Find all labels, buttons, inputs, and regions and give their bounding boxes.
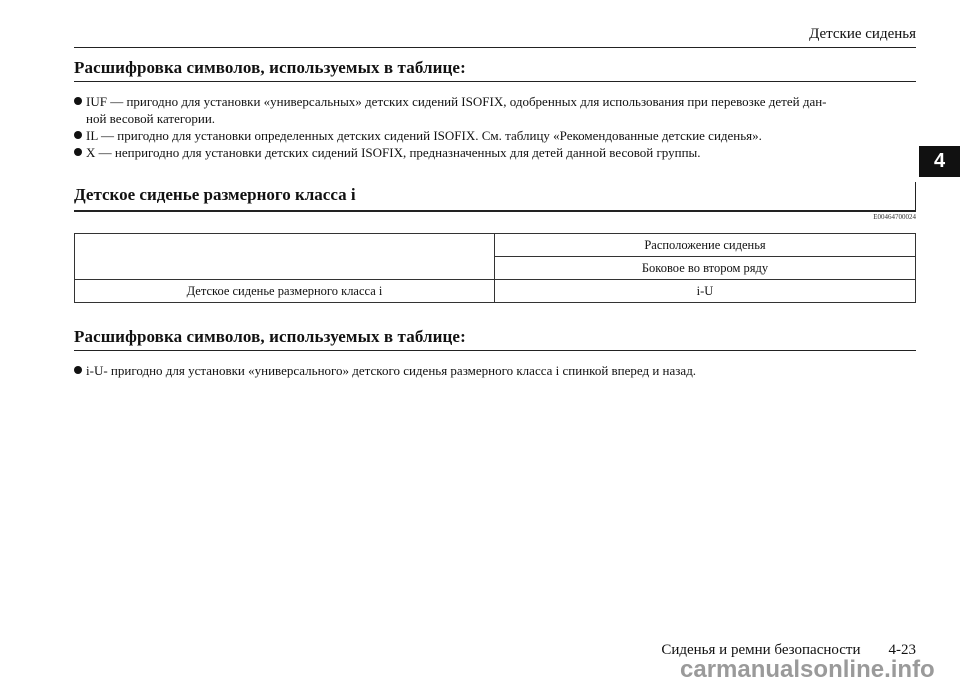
list-item: i-U- пригодно для установки «универсальн…	[74, 362, 916, 379]
running-header: Детские сиденья	[809, 26, 916, 43]
heading-bracket	[915, 182, 916, 210]
symbols-list-2: i-U- пригодно для установки «универсальн…	[74, 362, 916, 379]
list-item: IL — пригодно для установки определенных…	[74, 127, 916, 144]
boxed-heading: Детское сиденье размерного класса i	[74, 182, 916, 212]
symbols-list: IUF — пригодно для установки «универсаль…	[74, 93, 916, 161]
table-header-second-row-side: Боковое во втором ряду	[495, 257, 916, 280]
section-rule	[74, 81, 916, 82]
seat-table: Расположение сиденья Боковое во втором р…	[74, 233, 916, 303]
header-rule	[74, 47, 916, 48]
bullet-icon	[74, 366, 82, 374]
table-corner-cell	[75, 234, 495, 280]
table-header-seat-position: Расположение сиденья	[495, 234, 916, 257]
table-row-label: Детское сиденье размерного класса i	[75, 280, 495, 303]
section-rule	[74, 350, 916, 351]
section-title-i-size: Детское сиденье размерного класса i	[74, 185, 356, 205]
table-row-value: i-U	[495, 280, 916, 303]
bullet-icon	[74, 97, 82, 105]
chapter-tab: 4	[919, 146, 960, 177]
table-row: Детское сиденье размерного класса i i-U	[75, 280, 916, 303]
bullet-icon	[74, 131, 82, 139]
section-title-symbols-2: Расшифровка символов, используемых в таб…	[74, 327, 466, 347]
watermark: carmanualsonline.info	[680, 656, 935, 679]
list-item: IUF — пригодно для установки «универсаль…	[74, 93, 916, 127]
heading-underline	[74, 210, 916, 212]
doc-code: E00464700024	[873, 213, 916, 221]
list-item: X — непригодно для установки детских сид…	[74, 144, 916, 161]
bullet-icon	[74, 148, 82, 156]
section-title-symbols: Расшифровка символов, используемых в таб…	[74, 58, 466, 78]
